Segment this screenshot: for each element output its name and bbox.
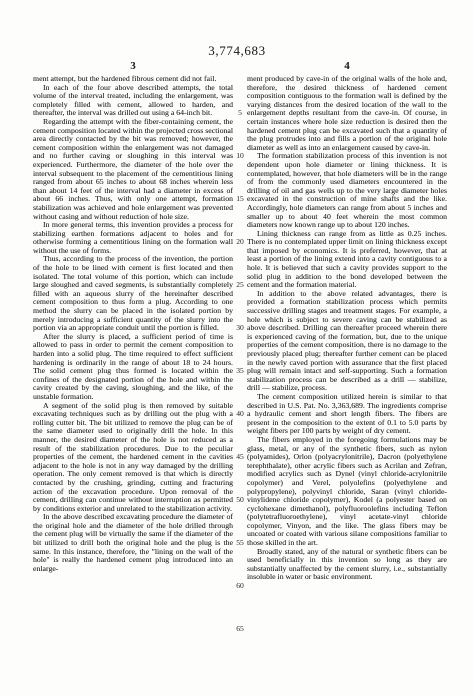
col4-paragraph-1: ment produced by cave-in of the original… <box>247 75 447 152</box>
line-number-40: 40 <box>233 410 247 419</box>
column-4-text: ment produced by cave-in of the original… <box>247 75 447 582</box>
col4-paragraph-6: The fibers employed in the foregoing for… <box>247 436 447 548</box>
col4-paragraph-2: The formation stabilization process of t… <box>247 152 447 229</box>
col3-paragraph-6: After the slurry is placed, a sufficient… <box>33 333 233 402</box>
column-4-heading: 4 <box>247 60 447 72</box>
line-number-45: 45 <box>233 453 247 462</box>
col4-paragraph-5: The cement composition utilized herein i… <box>247 393 447 436</box>
line-number-30: 30 <box>233 324 247 333</box>
line-number-15: 15 <box>233 195 247 204</box>
col4-paragraph-7: Broadly stated, any of the natural or sy… <box>247 548 447 582</box>
col3-paragraph-8: In the above described excavating proced… <box>33 513 233 573</box>
column-3-heading: 3 <box>33 60 233 72</box>
line-number-gutter: 5101520253035404550556065 <box>233 75 247 582</box>
line-number-35: 35 <box>233 367 247 376</box>
two-column-text-area: ment attempt, but the hardened fibrous c… <box>33 75 447 582</box>
line-number-5: 5 <box>233 109 247 118</box>
patent-document-page: 3,774,683 3 4 ment attempt, but the hard… <box>0 0 474 696</box>
col4-paragraph-3: Lining thickness can range from as littl… <box>247 230 447 290</box>
col3-paragraph-4: In more general terms, this invention pr… <box>33 221 233 255</box>
line-number-60: 60 <box>233 582 247 591</box>
col3-paragraph-3: Regarding the attempt with the fiber-con… <box>33 118 233 221</box>
col3-paragraph-7: A segment of the solid plug is then remo… <box>33 402 233 514</box>
col4-paragraph-4: In addition to the above related advanta… <box>247 290 447 393</box>
line-number-10: 10 <box>233 152 247 161</box>
line-number-50: 50 <box>233 496 247 505</box>
line-number-55: 55 <box>233 539 247 548</box>
line-number-20: 20 <box>233 238 247 247</box>
line-number-25: 25 <box>233 281 247 290</box>
col3-paragraph-2: In each of the four above described atte… <box>33 84 233 118</box>
patent-number: 3,774,683 <box>0 43 474 59</box>
col3-paragraph-5: Thus, according to the process of the in… <box>33 255 233 332</box>
column-3-text: ment attempt, but the hardened fibrous c… <box>33 75 233 573</box>
line-number-65: 65 <box>233 625 247 634</box>
